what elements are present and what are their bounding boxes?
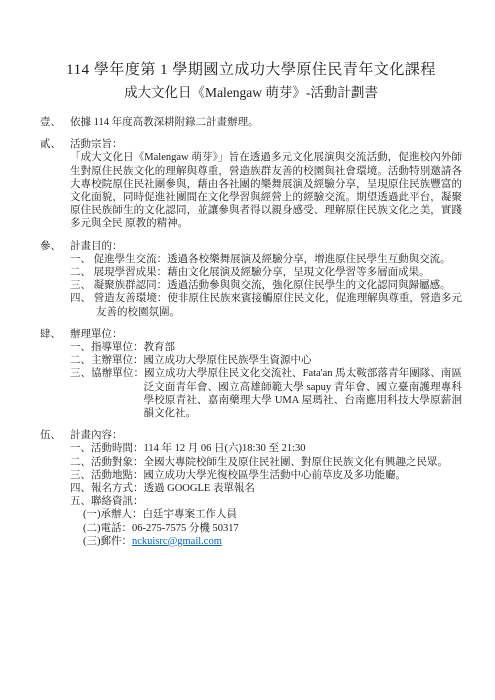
list-item: 一、指導單位：教育部 (70, 341, 462, 354)
document-body: 壹、 依據 114 年度高教深耕附錄二計畫辦理。 貳、 活動宗旨： 「成大文化日… (40, 116, 462, 548)
section-objectives-title: 計畫目的： (70, 240, 462, 253)
email-link[interactable]: nckuisrc@gmail.com (132, 536, 222, 547)
section-basis-label: 壹、 (40, 116, 70, 129)
section-basis: 壹、 依據 114 年度高教深耕附錄二計畫辦理。 (40, 116, 462, 129)
purpose-paragraph: 「成大文化日《Malengaw 萌芽》」旨在透過多元文化展演與交流活動，促進校內… (70, 151, 462, 230)
contact-phone: (二)電話：06-275-7575 分機 50317 (83, 522, 462, 535)
contact-info-list: (一)承辦人：白廷宇專案工作人員 (二)電話：06-275-7575 分機 50… (83, 508, 462, 548)
contact-email-row: (三)郵件：nckuisrc@gmail.com (83, 535, 462, 548)
list-item: 一、 促進學生交流：透過各校樂舞展演及經驗分享，增進原住民學生互動與交流。 (70, 253, 462, 266)
list-item: 二、 展現學習成果：藉由文化展演及經驗分享，呈現文化學習等多層面成果。 (70, 266, 462, 279)
section-plan-content: 伍、 計畫內容： 一、活動時間：114 年 12 月 06 日(六)18:30 … (40, 429, 462, 548)
list-item: 二、活動對象：全國大專院校師生及原住民社團、對原住民族文化有興趣之民眾。 (70, 456, 462, 469)
list-item: 四、 營造友善環境：使非原住民族來賓接觸原住民文化，促進理解與尊重，營造多元友善… (70, 292, 462, 318)
list-item: 三、協辦單位：國立成功大學原住民文化交流社、Fata'an 馬太鞍部落青年團隊、… (70, 367, 462, 420)
section-purpose-title: 活動宗旨： (70, 138, 462, 151)
section-basis-title: 依據 114 年度高教深耕附錄二計畫辦理。 (70, 116, 462, 129)
section-organizers-title: 辦理單位： (70, 328, 462, 341)
document-title: 114 學年度第 1 學期國立成功大學原住民青年文化課程 (40, 60, 462, 80)
section-purpose: 貳、 活動宗旨： 「成大文化日《Malengaw 萌芽》」旨在透過多元文化展演與… (40, 138, 462, 230)
contact-email-label: (三)郵件： (83, 536, 132, 547)
list-item: 四、報名方式：透過 GOOGLE 表單報名 (70, 482, 462, 495)
list-item: 三、 凝聚族群認同：透過活動參與與交流，強化原住民學生的文化認同與歸屬感。 (70, 279, 462, 292)
section-purpose-label: 貳、 (40, 138, 70, 151)
section-plan-content-title: 計畫內容： (70, 429, 462, 442)
document-subtitle: 成大文化日《Malengaw 萌芽》-活動計劃書 (40, 84, 462, 102)
list-item: 二、主辦單位：國立成功大學原住民族學生資源中心 (70, 354, 462, 367)
list-item: 一、活動時間：114 年 12 月 06 日(六)18:30 至 21:30 (70, 442, 462, 455)
section-plan-content-label: 伍、 (40, 429, 70, 442)
list-item: 三、活動地點：國立成功大學光復校區學生活動中心前草皮及多功能廳。 (70, 469, 462, 482)
section-organizers-label: 肆、 (40, 328, 70, 341)
section-organizers: 肆、 辦理單位： 一、指導單位：教育部 二、主辦單位：國立成功大學原住民族學生資… (40, 328, 462, 420)
list-item: 五、聯絡資訊： (70, 495, 462, 508)
document-page: 114 學年度第 1 學期國立成功大學原住民青年文化課程 成大文化日《Malen… (0, 0, 495, 700)
section-objectives-label: 參、 (40, 240, 70, 253)
contact-person: (一)承辦人：白廷宇專案工作人員 (83, 508, 462, 521)
section-objectives: 參、 計畫目的： 一、 促進學生交流：透過各校樂舞展演及經驗分享，增進原住民學生… (40, 240, 462, 319)
